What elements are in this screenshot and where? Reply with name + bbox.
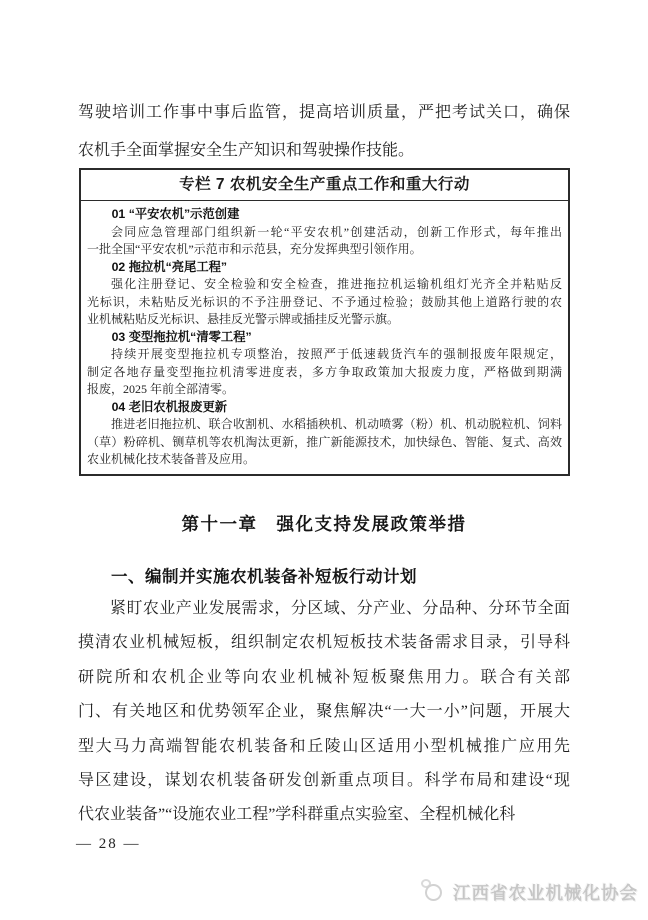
box-item-desc-line: （草）粉碎机、铡草机等农机淘汰更新，推广新能源技术，加快绿色、智能、复式、高效 bbox=[87, 434, 562, 452]
column7-box: 专栏 7 农机安全生产重点工作和重大行动 01 “平安农机”示范创建会同应急管理… bbox=[79, 168, 570, 476]
box-item-desc-line: 制定各地存量变型拖拉机清零进度表，多方争取政策加大报废力度，严格做到期满 bbox=[87, 364, 562, 382]
box-item-desc-line: 报废，2025 年前全部清零。 bbox=[87, 381, 562, 399]
intro-paragraph: 驾驶培训工作事中事后监管，提高培训质量，严把考试关口，确保农机手全面掌握安全生产… bbox=[78, 94, 570, 170]
intro-line: 驾驶培训工作事中事后监管，提高培训质量，严把考试关口，确保 bbox=[78, 94, 570, 132]
column7-box-content: 01 “平安农机”示范创建会同应急管理部门组织新一轮“平安农机”创建活动，创新工… bbox=[81, 201, 568, 474]
box-item-desc-line: 业机械粘贴反光标识、悬挂反光警示牌或插挂反光警示旗。 bbox=[87, 311, 562, 329]
box-item-desc-line: 光标识，未粘贴反光标识的不予注册登记、不予通过检验；鼓励其他上道路行驶的农 bbox=[87, 294, 562, 312]
box-item-desc-line: 持续开展变型拖拉机专项整治，按照严于低速载货汽车的强制报废年限规定， bbox=[87, 346, 562, 364]
chapter-heading: 第十一章 强化支持发展政策举措 bbox=[0, 511, 648, 536]
association-logo-icon bbox=[421, 879, 447, 905]
page-number: — 28 — bbox=[76, 836, 141, 853]
box-item-heading: 02 拖拉机“亮尾工程” bbox=[87, 259, 562, 277]
watermark-text: 江西省农业机械化协会 bbox=[453, 880, 638, 905]
paragraph-line: 代农业装备”“设施农业工程”学科群重点实验室、全程机械化科 bbox=[78, 798, 570, 832]
box-item-desc-line: 强化注册登记、安全检验和安全检查，推进拖拉机运输机组灯光齐全并粘贴反 bbox=[87, 276, 562, 294]
box-item-heading: 04 老旧农机报废更新 bbox=[87, 399, 562, 417]
box-item-desc-line: 农业机械化技术装备普及应用。 bbox=[87, 451, 562, 469]
paragraph-line: 门、有关地区和优势领军企业，聚焦解决“一大一小”问题，开展大 bbox=[78, 695, 570, 729]
watermark: 江西省农业机械化协会 bbox=[421, 879, 638, 905]
paragraph-line: 研院所和农机企业等向农业机械补短板聚焦用力。联合有关部 bbox=[78, 661, 570, 695]
section-heading: 一、编制并实施农机装备补短板行动计划 bbox=[78, 563, 570, 587]
box-item-desc-line: 一批全国“平安农机”示范市和示范县，充分发挥典型引领作用。 bbox=[87, 241, 562, 259]
intro-line: 农机手全面掌握安全生产知识和驾驶操作技能。 bbox=[78, 132, 570, 170]
paragraph-line: 紧盯农业产业发展需求，分区域、分产业、分品种、分环节全面 bbox=[78, 592, 570, 626]
box-item-heading: 03 变型拖拉机“清零工程” bbox=[87, 329, 562, 347]
paragraph-line: 型大马力高端智能农机装备和丘陵山区适用小型机械推广应用先 bbox=[78, 730, 570, 764]
document-page: 驾驶培训工作事中事后监管，提高培训质量，严把考试关口，确保农机手全面掌握安全生产… bbox=[0, 0, 648, 920]
box-item-heading: 01 “平安农机”示范创建 bbox=[87, 206, 562, 224]
box-item-desc-line: 会同应急管理部门组织新一轮“平安农机”创建活动，创新工作形式，每年推出 bbox=[87, 224, 562, 242]
column7-box-title: 专栏 7 农机安全生产重点工作和重大行动 bbox=[81, 170, 568, 201]
box-item-desc-line: 推进老旧拖拉机、联合收割机、水稻插秧机、机动喷雾（粉）机、机动脱粒机、饲料 bbox=[87, 416, 562, 434]
paragraph-line: 导区建设，谋划农机装备研发创新重点项目。科学布局和建设“现 bbox=[78, 764, 570, 798]
main-paragraph: 紧盯农业产业发展需求，分区域、分产业、分品种、分环节全面摸清农业机械短板，组织制… bbox=[78, 592, 570, 833]
paragraph-line: 摸清农业机械短板，组织制定农机短板技术装备需求目录，引导科 bbox=[78, 626, 570, 660]
